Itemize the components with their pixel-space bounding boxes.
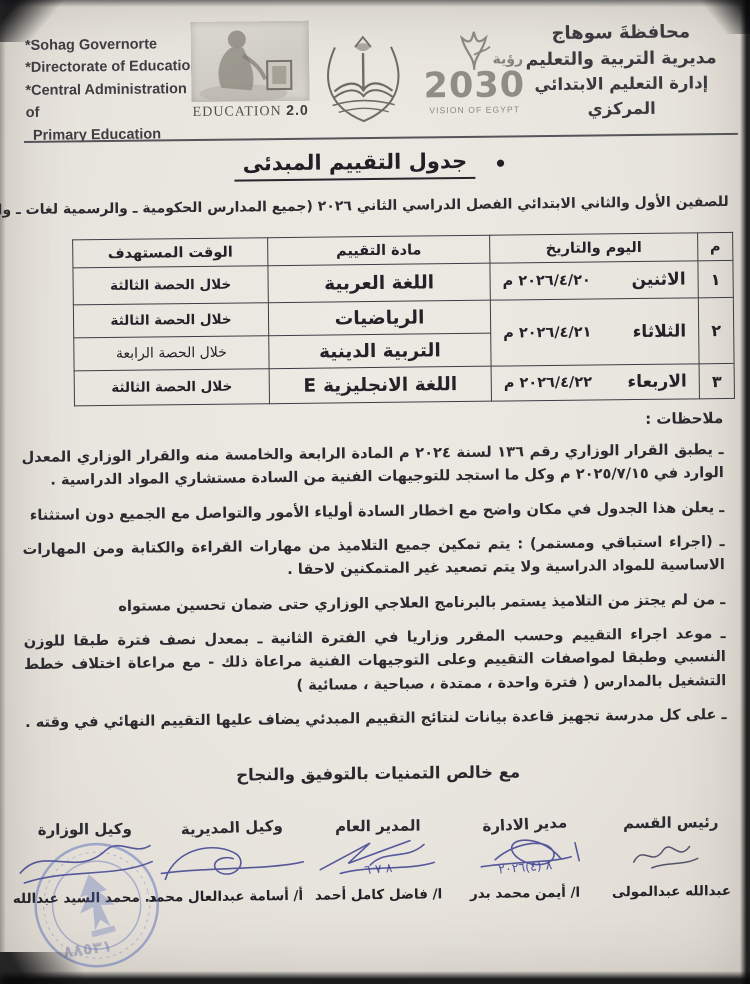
signature-title: وكيل الوزارة <box>14 820 156 840</box>
scanned-document-page: { "meta": { "colors": { "paper": "#e9e6e… <box>0 0 750 984</box>
header-english-line: *Sohag Governorte <box>25 33 203 57</box>
vision-year-left: 20 <box>423 66 474 107</box>
subject-cell: اللغة الانجليزية E <box>269 366 491 404</box>
notes-section: ملاحظات : ـ يطبق القرار الوزاري رقم ١٣٦ … <box>21 409 727 745</box>
header-arabic-line: إدارة التعليم الابتدائي المركزي <box>509 71 734 123</box>
signature-area <box>600 831 743 883</box>
document-subtitle: للصفين الأول والثاني الابتدائي الفصل الد… <box>11 194 729 218</box>
signature-name: ا/ فاضل كامل أحمد <box>307 886 449 904</box>
header-arabic-block: محافظةَ سوهاج مديرية التربية والتعليم إد… <box>509 18 734 123</box>
time-cell: خلال الحصة الرابعة <box>74 336 269 371</box>
day-date-cell: الاربعاء ٢٠٢٦/٤/٢٢ م <box>491 364 699 401</box>
document-content: *Sohag Governorte *Directorate of Educat… <box>0 0 750 984</box>
title-bullet-icon: • <box>493 151 508 176</box>
header-english-line: *Central Administration of <box>25 78 203 125</box>
time-cell: خلال الحصة الثالثة <box>73 303 268 338</box>
signature-name: أ/ أسامة عبدالعال محمد <box>161 888 303 906</box>
day-name: الثلاثاء <box>633 321 687 342</box>
ministry-of-education-emblem-icon <box>312 33 415 132</box>
day-date: ٢٠٢٦/٤/٢٠ م <box>503 273 591 290</box>
header-english-line: Primary Education <box>26 123 204 147</box>
table-row: ٣ الاربعاء ٢٠٢٦/٤/٢٢ م اللغة الانجليزية … <box>74 363 734 405</box>
closing-wishes-line: مع خالص التمنيات بالتوفيق والنجاح <box>3 760 750 788</box>
signature-title: المدير العام <box>307 816 449 836</box>
row-number: ٣ <box>699 363 734 398</box>
column-header-day-date: اليوم والتاريخ <box>490 233 698 263</box>
table-row: ٢ الثلاثاء ٢٠٢٦/٤/٢١ م الرياضيات خلال ال… <box>73 297 733 337</box>
row-number: ١ <box>698 260 733 297</box>
education-logo-caption: EDUCATION 2.0 <box>192 102 310 121</box>
subject-cell: اللغة العربية <box>268 263 490 303</box>
signature-name: ا/ أيمن محمد بدر <box>454 885 596 903</box>
note-item: ـ من لم يجتز من التلاميذ يستمر بالبرنامج… <box>23 588 725 619</box>
note-item: ـ يعلن هذا الجدول في مكان واضح مع اخطار … <box>22 496 724 527</box>
note-item: ـ يطبق القرار الوزاري رقم ١٣٦ لسنة ٢٠٢٤ … <box>21 438 723 493</box>
signature-area <box>14 838 157 890</box>
signature-area <box>160 836 303 888</box>
column-header-target-time: الوقت المستهدف <box>73 238 268 268</box>
day-name: الاربعاء <box>627 371 687 392</box>
note-item: ـ موعد اجراء التقييم وحسب المقرر وزاريا … <box>24 622 727 700</box>
subject-cell: التربية الدينية <box>269 333 491 369</box>
education-2-logo: EDUCATION 2.0 <box>191 21 310 121</box>
note-item: ـ على كل مدرسة تجهيز قاعدة بيانات لنتائج… <box>24 703 726 734</box>
signature-title: رئيس القسم <box>600 813 742 833</box>
day-date: ٢٠٢٦/٤/٢١ م <box>503 324 591 341</box>
vision-logo-flower-icon <box>452 25 497 71</box>
header-english-block: *Sohag Governorte *Directorate of Educat… <box>25 33 204 147</box>
page-title: جدول التقييم المبدئى <box>234 149 475 182</box>
time-cell: خلال الحصة الثالثة <box>73 266 268 305</box>
day-date-cell: الاثنين ٢٠٢٦/٤/٢٠ م <box>490 261 698 300</box>
signature-name: د. محمد السيد عبدالله <box>15 890 157 908</box>
day-date-cell: الثلاثاء ٢٠٢٦/٤/٢١ م <box>490 298 699 366</box>
header-english-line: *Directorate of Education <box>25 55 203 79</box>
education-logo-picture-icon <box>191 21 310 102</box>
signature-area: ٨ ٧ ٦ <box>307 834 450 886</box>
signature-name: عبدالله عبدالمولى <box>600 883 742 901</box>
time-cell: خلال الحصة الثالثة <box>74 369 269 406</box>
signatures-row: رئيس القسم عبدالله عبدالمولى مدير الادار… <box>14 813 743 907</box>
signature-block-directorate-deputy: وكيل المديرية أ/ أسامة عبدالعال محمد <box>160 818 303 906</box>
signature-scribble-icon <box>623 833 718 878</box>
column-header-subject: مادة التقييم <box>268 235 490 266</box>
signature-block-ministry-undersecretary: وكيل الوزارة د. محمد السيد عبدالله <box>14 820 157 908</box>
footer-handwritten-mark: ٨٨٥٣١ <box>62 936 113 961</box>
subject-cell: الرياضيات <box>268 300 490 336</box>
document-title-row: • جدول التقييم المبدئى <box>0 146 746 185</box>
notes-label: ملاحظات : <box>21 409 723 435</box>
note-item: ـ (اجراء استباقي ومستمر) : يتم تمكين جمي… <box>22 530 724 585</box>
schedule-table: م اليوم والتاريخ مادة التقييم الوقت المس… <box>72 232 735 406</box>
header-arabic-line: مديرية التربية والتعليم <box>509 45 733 74</box>
header-arabic-line: محافظةَ سوهاج <box>509 18 733 48</box>
education-logo-caption-text: EDUCATION <box>193 104 282 120</box>
education-logo-version: 2.0 <box>286 102 309 118</box>
column-header-num: م <box>698 232 733 260</box>
day-date: ٢٠٢٦/٤/٢٢ م <box>504 375 592 392</box>
row-number: ٢ <box>698 297 734 363</box>
signature-block-general-director: المدير العام ٨ ٧ ٦ ا/ فاضل كامل أحمد <box>307 816 450 904</box>
signature-scribble-icon <box>14 840 157 888</box>
signature-block-department-head: رئيس القسم عبدالله عبدالمولى <box>600 813 743 901</box>
signature-area: ٨ (٤)٢٠٢٦ <box>453 833 596 885</box>
signature-scribble-icon <box>156 838 307 886</box>
day-name: الاثنين <box>631 269 685 290</box>
signature-block-administration-director: مدير الادارة ٨ (٤)٢٠٢٦ ا/ أيمن محمد بدر <box>453 815 596 903</box>
